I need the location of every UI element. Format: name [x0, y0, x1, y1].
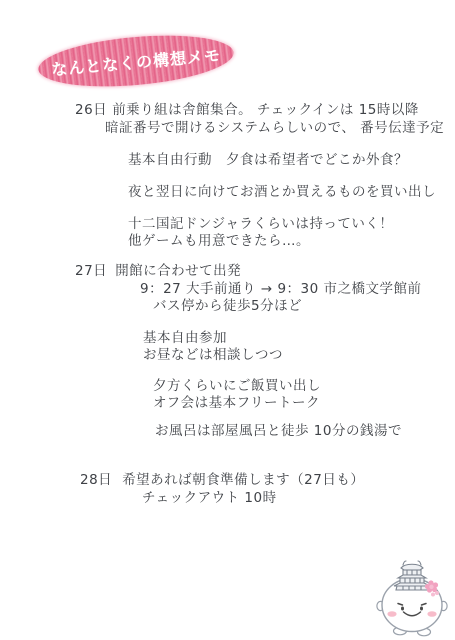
memo-line-day28-header: 28日希望あれば朝食準備します（27日も）	[80, 473, 364, 488]
castle-mascot-illustration	[376, 559, 448, 637]
day-label-27: 27日	[75, 264, 107, 279]
memo-text: 前乗り組は舎館集合。 チェックインは 15時以降	[112, 102, 419, 118]
memo-line: 夜と翌日に向けてお酒とか買えるものを買い出し	[128, 185, 436, 200]
memo-line: オフ会は基本フリートーク	[153, 396, 320, 411]
memo-page: なんとなくの構想メモ 26日前乗り組は舎館集合。 チェックインは 15時以降 暗…	[0, 0, 455, 640]
memo-text: 開館に合わせて出発	[115, 263, 241, 279]
memo-line: 十二国記ドンジャラくらいは持っていく！	[128, 217, 393, 232]
memo-line: お風呂は部屋風呂と徒歩 10分の銭湯で	[155, 424, 402, 439]
memo-line: バス停から徒歩5分ほど	[153, 299, 302, 314]
memo-line: チェックアウト 10時	[142, 491, 277, 506]
memo-line: 暗証番号で開けるシステムらしいので、 番号伝達予定	[105, 121, 444, 136]
day-label-28: 28日	[80, 473, 112, 488]
memo-line: 基本自由行動 夕食は希望者でどこか外食？	[128, 153, 408, 168]
memo-line: 9：27 大手前通り → 9：30 市之橋文学館前	[140, 282, 422, 297]
memo-line: 夕方くらいにご飯買い出し	[153, 379, 321, 394]
memo-line: 他ゲームも用意できたら…。	[128, 234, 310, 249]
day-label-26: 26日	[75, 103, 107, 118]
memo-text: 希望あれば朝食準備します（27日も）	[122, 472, 364, 488]
memo-line: お昼などは相談しつつ	[143, 348, 283, 363]
page-title: なんとなくの構想メモ	[50, 42, 221, 80]
memo-line-day26-header: 26日前乗り組は舎館集合。 チェックインは 15時以降	[75, 103, 419, 118]
memo-line: 基本自由参加	[143, 331, 227, 346]
castle-mascot-icon	[376, 559, 448, 637]
memo-line-day27-header: 27日開館に合わせて出発	[75, 264, 241, 279]
title-ribbon: なんとなくの構想メモ	[36, 29, 235, 94]
